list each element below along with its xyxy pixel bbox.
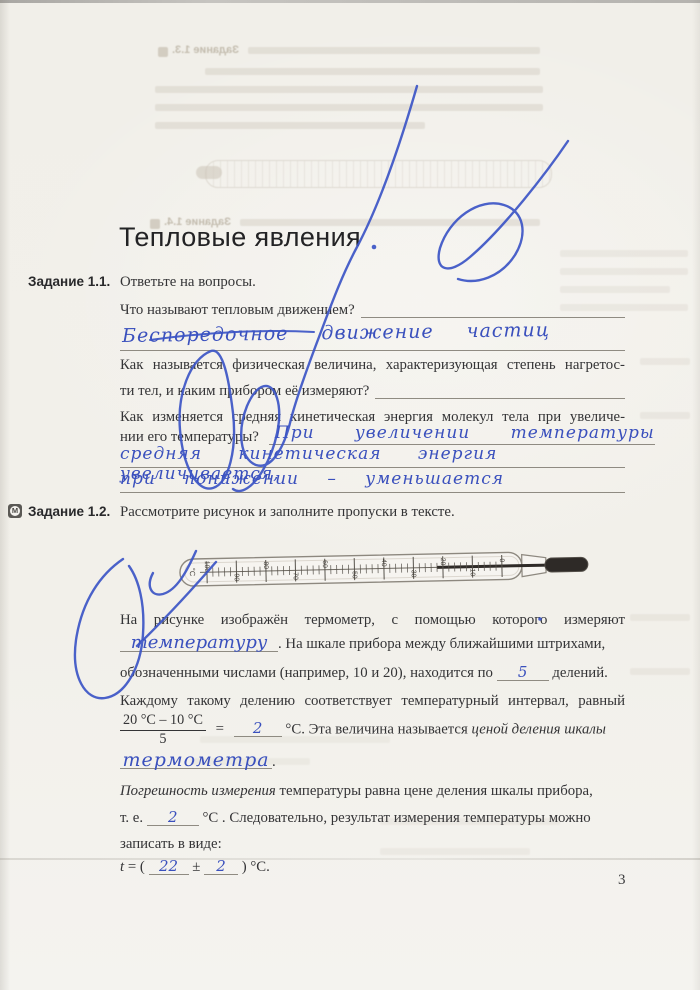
para-line-8: т. е. 2 °C . Следовательно, результат из… (120, 808, 625, 828)
svg-text:100: 100 (203, 561, 210, 573)
para-line-3: обозначенными числами (например, 10 и 20… (120, 663, 625, 683)
fill-blank-interval: 2 (234, 720, 282, 737)
task-1-1-instruction: Ответьте на вопросы. (120, 272, 625, 292)
svg-text:0: 0 (498, 558, 505, 562)
chapter-title: Тепловые явления (119, 222, 361, 253)
question-2-text: ти тел, и каким прибором её измеряют? (120, 381, 369, 401)
svg-text:90: 90 (233, 573, 240, 581)
question-2-line-1: Как называется физическая величина, хара… (120, 355, 625, 375)
para-line-5: 20 °C – 10 °C 5 = 2 °C. Эта величина наз… (120, 712, 625, 748)
page-number: 3 (618, 872, 626, 889)
para-line-9: записать в виде: (120, 834, 625, 854)
handwritten-answer-3a: При увеличении температуры (275, 423, 655, 443)
para-line-1: На рисунке изображён термометр, с помощь… (120, 610, 625, 630)
result-formula: t = ( 22 ± 2 ) °C. (120, 857, 625, 877)
svg-text:50: 50 (351, 571, 358, 579)
emphasis-text: ценой деления шкалы (472, 721, 606, 737)
page-bottom-crease (0, 858, 700, 860)
question-2-line-2: ти тел, и каким прибором её измеряют? (120, 381, 625, 401)
answer-3-line-3: при понижении – уменьшается (120, 469, 625, 493)
answer-1-line: Беспоредочное движение частиц (120, 322, 625, 351)
scanner-edge (0, 0, 700, 3)
fill-blank-value: 22 (149, 858, 189, 875)
svg-text:20: 20 (439, 558, 446, 566)
fill-blank-error: 2 (147, 809, 199, 826)
handwritten-answer-3c: при понижении – уменьшается (120, 469, 504, 489)
fill-blank-thermometer: термометра (120, 752, 272, 769)
para-line-7: Погрешность измерения температуры равна … (120, 781, 625, 801)
question-1-line: Что называют тепловым движением? (120, 300, 625, 320)
badge-letter: М (10, 506, 20, 516)
para-line-6: термометра. (120, 752, 625, 772)
fill-blank-temperature: температуру (120, 635, 278, 652)
fraction: 20 °C – 10 °C 5 (120, 712, 206, 748)
svg-text:70: 70 (292, 572, 299, 580)
svg-text:60: 60 (321, 560, 328, 568)
svg-text:80: 80 (262, 561, 269, 569)
handwritten-answer-1: Беспоредочное движение частиц (122, 319, 550, 347)
celsius-label: °C (188, 568, 197, 577)
thermometer-figure: °C 1008060402009070503010 (173, 536, 594, 609)
scanned-workbook-page: Задание 1.3. Задание 1.4. Тепловые явлен… (0, 0, 700, 990)
formula-variable: t (120, 859, 124, 875)
answer-rule: При увеличении температуры (269, 423, 655, 445)
model-answer-badge: М (8, 504, 22, 518)
ghost-task-icon (158, 47, 168, 57)
para-line-2: температуру. На шкале прибора между ближ… (120, 634, 625, 654)
answer-3-line-2: средняя кинетическая энергия увеличивает… (120, 444, 625, 468)
svg-text:30: 30 (410, 570, 417, 578)
fill-blank-divisions: 5 (497, 664, 549, 681)
right-page-shadow (692, 0, 700, 990)
task-1-1-label: Задание 1.1. (28, 274, 110, 289)
svg-text:10: 10 (469, 569, 476, 577)
mercury-bulb (545, 557, 588, 572)
answer-rule (375, 398, 625, 399)
ghost-task-1-3-label: Задание 1.3. (172, 44, 239, 56)
question-1-text: Что называют тепловым движением? (120, 300, 355, 320)
para-line-4: Каждому такому делению соответствует тем… (120, 691, 625, 711)
ghost-thermometer (205, 160, 552, 188)
fill-blank-uncertainty: 2 (204, 858, 238, 875)
task-1-2-label: Задание 1.2. (28, 504, 110, 519)
answer-rule (361, 317, 625, 318)
left-page-shadow (0, 0, 10, 990)
task-1-2-instruction: Рассмотрите рисунок и заполните пропуски… (120, 502, 625, 522)
svg-text:40: 40 (380, 559, 387, 567)
